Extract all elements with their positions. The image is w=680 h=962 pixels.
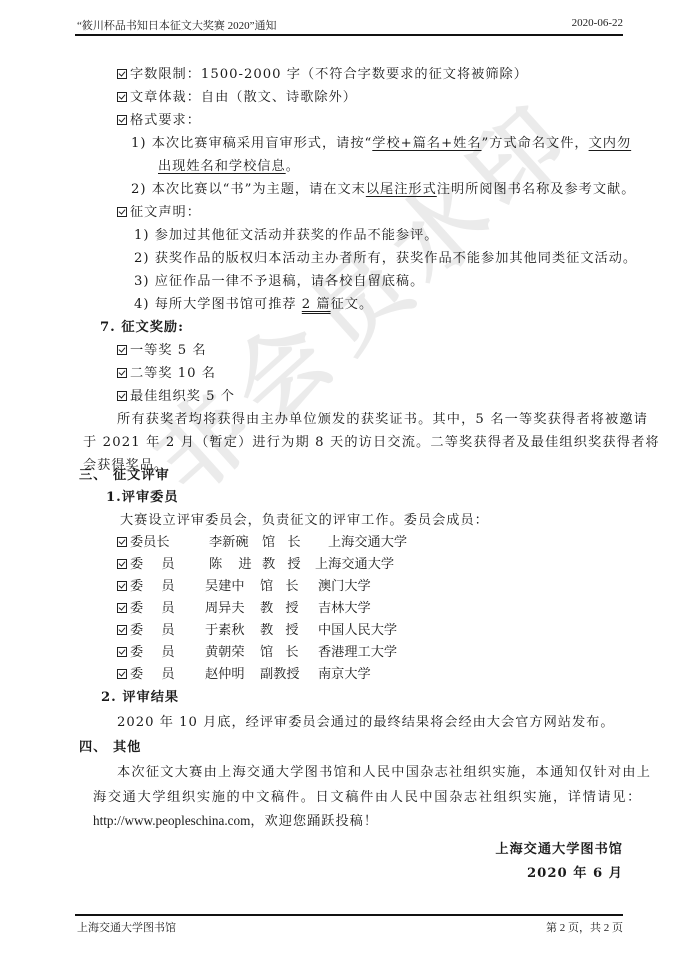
- member-title: 副教授: [260, 665, 300, 685]
- member-name: 黄朝荣: [205, 643, 245, 663]
- word-limit-item: 字数限制：1500-2000 字（不符合字数要求的征文将被筛除）: [117, 65, 528, 85]
- checkbox-icon: [117, 625, 127, 635]
- statement-label-item: 征文声明：: [117, 203, 201, 223]
- committee-intro: 大赛设立评审委员会，负责征文的评审工作。委员会成员：: [120, 511, 489, 531]
- award-item: 最佳组织奖 5 个: [117, 387, 235, 407]
- checkbox-icon: [117, 69, 127, 79]
- page-footer: 上海交通大学图书馆 第 2 页，共 2 页: [75, 914, 623, 916]
- format-rule-2: 2) 本次比赛以“书”为主题，请在文末以尾注形式注明所阅图书名称及参考文献。: [131, 180, 635, 200]
- member-name: 赵仲明: [205, 665, 245, 685]
- checkbox-icon: [117, 207, 127, 217]
- role-text: 委 员: [130, 645, 175, 660]
- format-rule-1-prefix: 1) 本次比赛审稿采用盲审形式，请按“: [131, 136, 372, 151]
- format-rule-1-mid: ”方式命名文件，: [482, 136, 589, 151]
- member-org: 香港理工大学: [318, 643, 397, 663]
- header-title: “筱川杯品书知日本征文大奖赛 2020”通知: [77, 17, 277, 33]
- statement-label: 征文声明：: [130, 205, 201, 220]
- award-item: 一等奖 5 名: [117, 341, 207, 361]
- member-role: 委 员: [117, 599, 175, 619]
- format-rule-1-end: 。: [286, 159, 300, 174]
- no-name-note-b: 出现姓名和学校信息: [158, 159, 286, 174]
- member-role: 委 员: [117, 643, 175, 663]
- member-org: 吉林大学: [318, 599, 371, 619]
- member-title: 馆 长: [260, 577, 299, 597]
- checkbox-icon: [117, 345, 127, 355]
- checkbox-icon: [117, 92, 127, 102]
- member-title: 教 授: [260, 621, 299, 641]
- statement-4-prefix: 4) 每所大学图书馆可推荐: [134, 297, 302, 312]
- checkbox-icon: [117, 391, 127, 401]
- signature-org: 上海交通大学图书馆: [495, 840, 623, 860]
- checkbox-icon: [117, 647, 127, 657]
- format-label-item: 格式要求：: [117, 111, 201, 131]
- awards-paragraph-line: 所有获奖者均将获得由主办单位颁发的获奖证书。其中，5 名一等奖获得者将被邀请: [117, 410, 648, 430]
- statement-item-4: 4) 每所大学图书馆可推荐 2 篇征文。: [134, 295, 373, 315]
- endnote-note: 以尾注形式: [366, 182, 437, 197]
- checkbox-icon: [117, 603, 127, 613]
- website-link[interactable]: http://www.peopleschina.com: [93, 813, 250, 828]
- filename-pattern: 学校+篇名+姓名: [372, 136, 481, 151]
- section-3-heading: 三、 征文评审: [79, 466, 170, 486]
- member-name: 吴建中: [205, 577, 245, 597]
- statement-item: 3) 应征作品一律不予退稿，请各校自留底稿。: [134, 272, 424, 292]
- member-org: 上海交通大学: [328, 533, 407, 553]
- awards-paragraph-line: 于 2021 年 2 月（暂定）进行为期 8 天的访日交流。二等奖获得者及最佳组…: [83, 433, 660, 453]
- checkbox-icon: [117, 537, 127, 547]
- genre-text: 文章体裁：自由（散文、诗歌除外）: [130, 90, 357, 105]
- member-org: 中国人民大学: [318, 621, 397, 641]
- statement-item: 1) 参加过其他征文活动并获奖的作品不能参评。: [134, 226, 438, 246]
- committee-heading: 1.评审委员: [106, 488, 179, 508]
- award-second: 二等奖 10 名: [130, 366, 216, 381]
- member-name: 李新碗: [209, 533, 249, 553]
- member-name: 周异夫: [205, 599, 245, 619]
- other-paragraph-line: 本次征文大赛由上海交通大学图书馆和人民中国杂志社组织实施，本通知仅针对由上: [117, 763, 651, 783]
- member-role: 委 员: [117, 555, 175, 575]
- member-org: 澳门大学: [318, 577, 371, 597]
- award-first: 一等奖 5 名: [130, 343, 207, 358]
- role-text: 委 员: [130, 579, 175, 594]
- other-paragraph-line: 海交通大学组织实施的中文稿件。日文稿件由人民中国杂志社组织实施，详情请见：: [93, 788, 642, 808]
- format-rule-1: 1) 本次比赛审稿采用盲审形式，请按“学校+篇名+姓名”方式命名文件，文内勿: [131, 134, 631, 154]
- member-org: 上海交通大学: [315, 555, 394, 575]
- checkbox-icon: [117, 559, 127, 569]
- role-text: 委 员: [130, 601, 175, 616]
- page-header: “筱川杯品书知日本征文大奖赛 2020”通知 2020-06-22: [75, 10, 623, 36]
- checkbox-icon: [117, 368, 127, 378]
- member-role: 委 员: [117, 621, 175, 641]
- role-text: 委员长: [130, 535, 170, 550]
- results-heading: 2. 评审结果: [101, 688, 179, 708]
- section-4-heading: 四、 其他: [79, 738, 141, 758]
- genre-item: 文章体裁：自由（散文、诗歌除外）: [117, 88, 357, 108]
- recommend-count: 2 篇: [302, 297, 331, 312]
- award-item: 二等奖 10 名: [117, 364, 216, 384]
- member-title: 馆 长: [260, 643, 299, 663]
- member-title: 教 授: [262, 555, 301, 575]
- other-paragraph-line: http://www.peopleschina.com，欢迎您踊跃投稿！: [93, 811, 378, 832]
- awards-heading: 7. 征文奖励:: [100, 318, 184, 338]
- signature-date: 2020 年 6 月: [527, 864, 623, 884]
- checkbox-icon: [117, 669, 127, 679]
- checkbox-icon: [117, 581, 127, 591]
- statement-4-end: 征文。: [331, 297, 374, 312]
- checkbox-icon: [117, 115, 127, 125]
- member-role: 委 员: [117, 577, 175, 597]
- results-text: 2020 年 10 月底，经评审委员会通过的最终结果将会经由大会官方网站发布。: [117, 713, 615, 733]
- member-title: 教 授: [260, 599, 299, 619]
- member-role: 委员长: [117, 533, 170, 553]
- member-name: 于素秋: [205, 621, 245, 641]
- member-name: 陈 进: [209, 555, 252, 575]
- invitation-text: ，欢迎您踊跃投稿！: [250, 814, 378, 829]
- document-page: “筱川杯品书知日本征文大奖赛 2020”通知 2020-06-22 字数限制：1…: [0, 0, 680, 962]
- page-number: 第 2 页，共 2 页: [546, 919, 623, 935]
- footer-org: 上海交通大学图书馆: [77, 919, 176, 935]
- role-text: 委 员: [130, 623, 175, 638]
- header-date: 2020-06-22: [572, 17, 623, 29]
- award-organization: 最佳组织奖 5 个: [130, 389, 235, 404]
- statement-item: 2) 获奖作品的版权归本活动主办者所有，获奖作品不能参加其他同类征文活动。: [134, 249, 637, 269]
- member-org: 南京大学: [318, 665, 371, 685]
- role-text: 委 员: [130, 667, 175, 682]
- format-rule-1-cont: 出现姓名和学校信息。: [158, 157, 300, 177]
- member-title: 馆 长: [262, 533, 301, 553]
- format-label: 格式要求：: [130, 113, 201, 128]
- member-role: 委 员: [117, 665, 175, 685]
- no-name-note-a: 文内勿: [589, 136, 632, 151]
- format-rule-2-prefix: 2) 本次比赛以“书”为主题，请在文末: [131, 182, 366, 197]
- format-rule-2-end: 注明所阅图书名称及参考文献。: [437, 182, 636, 197]
- word-limit-text: 字数限制：1500-2000 字（不符合字数要求的征文将被筛除）: [130, 67, 528, 82]
- role-text: 委 员: [130, 557, 175, 572]
